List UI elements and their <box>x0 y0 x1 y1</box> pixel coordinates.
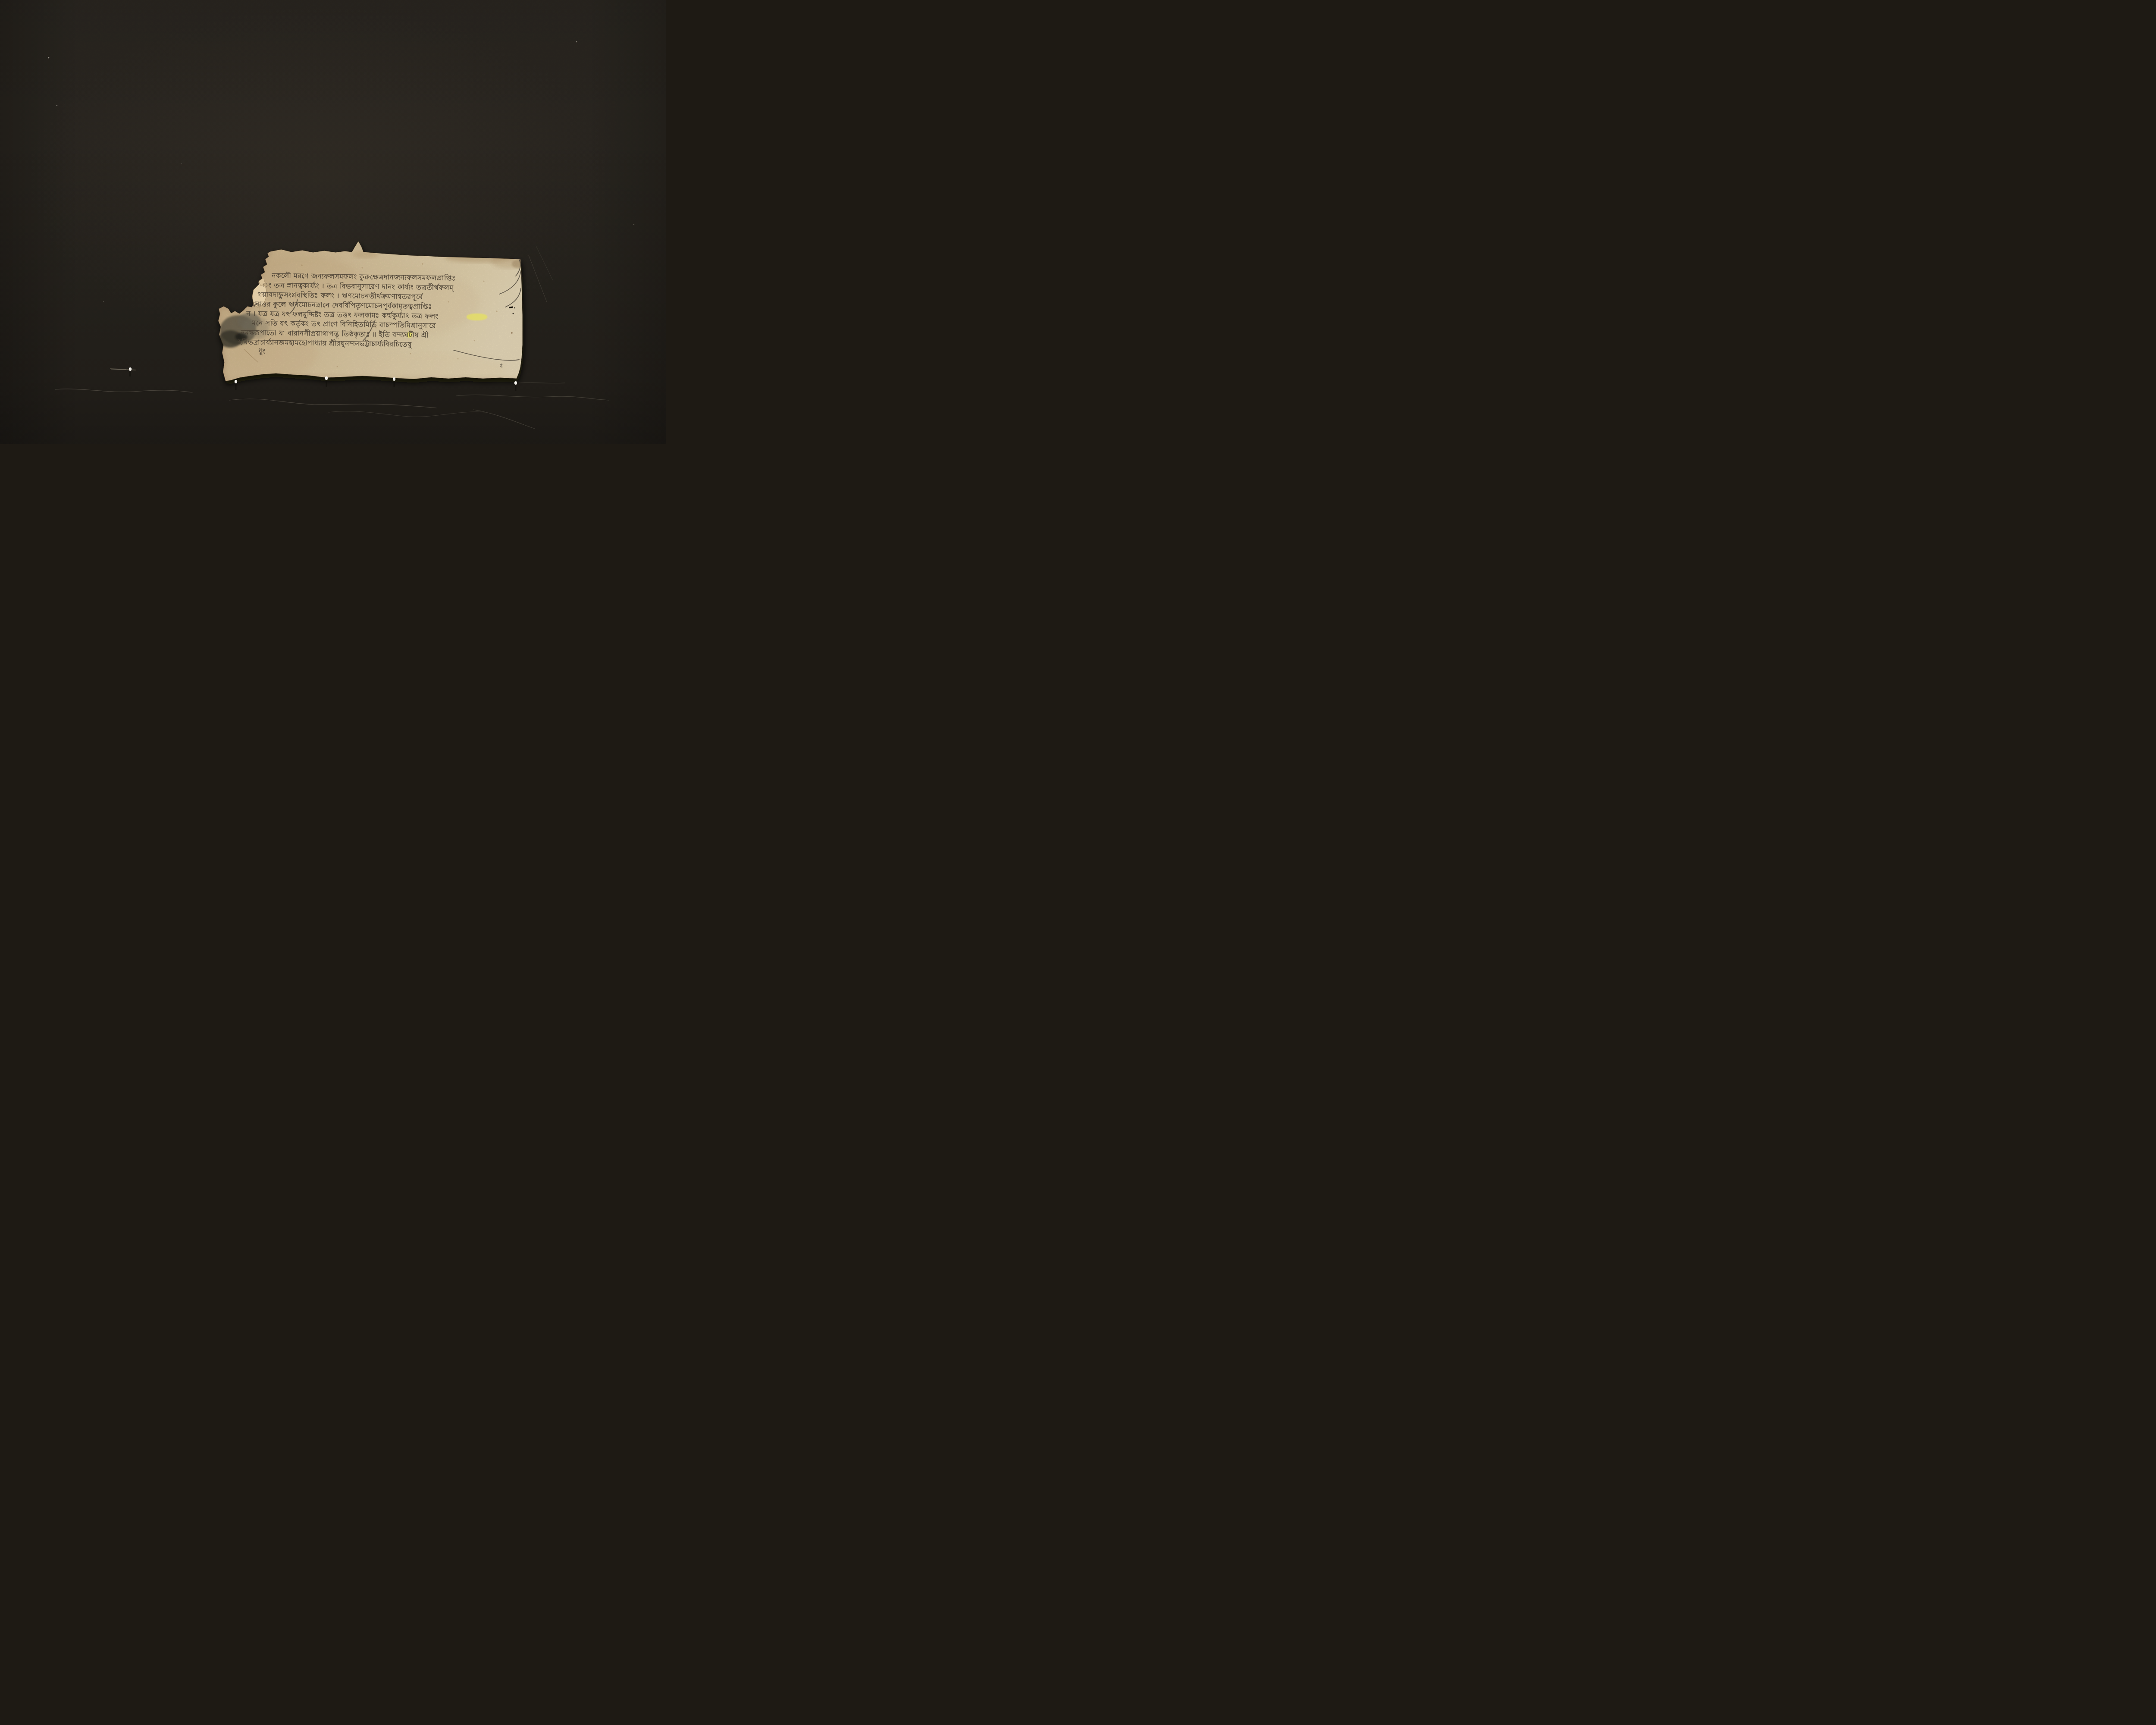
photo-stage: নকলৌ মরণে জন্যফলসমফলং কুরুক্ষেত্রদানজন্য… <box>0 0 666 444</box>
manuscript-line: ধুং <box>258 347 288 356</box>
manuscript-text: নকলৌ মরণে জন্যফলসমফলং কুরুক্ষেত্রদানজন্য… <box>0 0 666 444</box>
